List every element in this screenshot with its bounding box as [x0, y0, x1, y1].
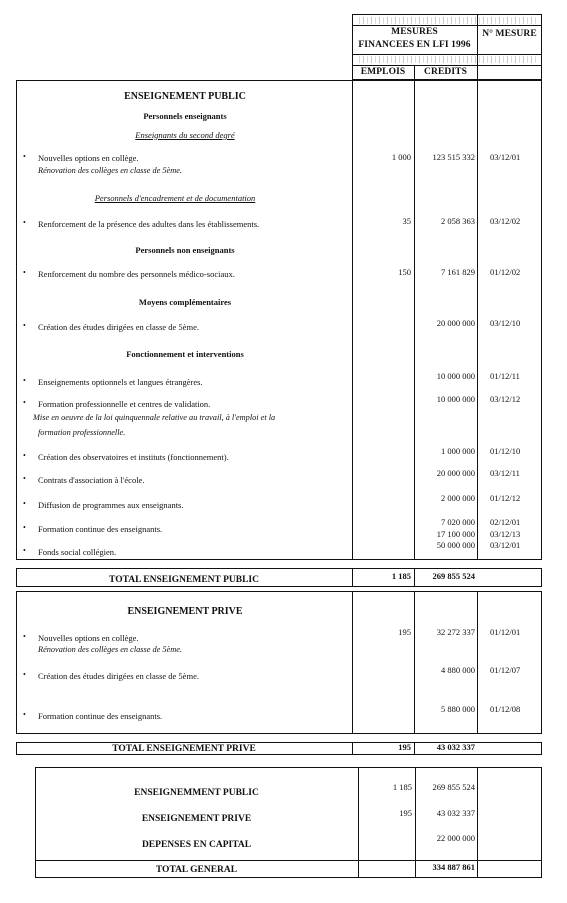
item-label: Création des observatoires et instituts …: [38, 452, 229, 462]
bullet-icon: •: [23, 523, 26, 532]
item-mesure: 01/12/08: [490, 704, 550, 714]
item-mesure: 01/12/10: [490, 446, 550, 456]
item-note: Rénovation des collèges en classe de 5èm…: [38, 645, 182, 654]
header-no-mesure: N° MESURE: [477, 29, 542, 39]
item-mesure: 03/12/13: [490, 529, 550, 539]
total-prive-divider: [352, 742, 353, 755]
header-emplois: EMPLOIS: [352, 67, 414, 77]
item-credits: 50 000 000: [437, 540, 475, 550]
summary-row-label: ENSEIGNEMENT PRIVE: [35, 814, 358, 824]
total-prive-emplois: 195: [398, 742, 411, 752]
item-credits: 20 000 000: [437, 318, 475, 328]
item-credits: 20 000 000: [437, 468, 475, 478]
public-col-mesure: [477, 80, 478, 560]
summary-total-divider: [35, 860, 542, 861]
item-credits: 2 058 363: [441, 216, 475, 226]
bullet-icon: •: [23, 398, 26, 407]
summary-row-credits: 22 000 000: [437, 833, 475, 843]
item-mesure: 03/12/10: [490, 318, 550, 328]
item-label: Contrats d'association à l'école.: [38, 475, 144, 485]
total-general-label: TOTAL GENERAL: [35, 865, 358, 875]
item-credits: 5 880 000: [441, 704, 475, 714]
item-credits: 4 880 000: [441, 665, 475, 675]
bullet-icon: •: [23, 670, 26, 679]
total-prive-label: TOTAL ENSEIGNEMENT PRIVE: [16, 744, 352, 754]
total-public-divider: [414, 568, 415, 587]
total-public-emplois: 1 185: [392, 571, 411, 581]
header-col-divider: [477, 14, 478, 80]
item-credits: 32 272 337: [437, 627, 475, 637]
summary-col-emplois: [358, 767, 359, 878]
item-emplois: 150: [398, 267, 411, 277]
bullet-icon: •: [23, 218, 26, 227]
item-credits: 7 161 829: [441, 267, 475, 277]
summary-row-credits: 43 032 337: [437, 808, 475, 818]
bullet-icon: •: [23, 710, 26, 719]
bullet-icon: •: [23, 546, 26, 555]
item-label: Nouvelles options en collège.: [38, 153, 139, 163]
item-mesure: 01/12/12: [490, 493, 550, 503]
total-public-divider: [352, 568, 353, 587]
group-heading: Enseignants du second degré: [20, 130, 350, 140]
item-mesure: 01/12/07: [490, 665, 550, 675]
item-label: Enseignements optionnels et langues étra…: [38, 377, 203, 387]
bullet-icon: •: [23, 499, 26, 508]
header-noise-top: [356, 17, 538, 24]
summary-col-mesure: [477, 767, 478, 878]
item-mesure: 03/12/11: [490, 468, 550, 478]
item-mesure: 01/12/02: [490, 267, 550, 277]
header-divider-3: [352, 65, 542, 66]
total-public-credits: 269 855 524: [433, 571, 476, 581]
prive-col-emplois: [352, 591, 353, 734]
group-heading: Personnels d'encadrement et de documenta…: [60, 193, 290, 203]
item-emplois: 35: [403, 216, 412, 226]
item-label: Renforcement du nombre des personnels mé…: [38, 269, 235, 279]
summary-row-emplois: 195: [399, 808, 412, 818]
header-mesures: MESURES: [352, 27, 477, 37]
public-col-credits: [414, 80, 415, 560]
prive-col-credits: [414, 591, 415, 734]
summary-row-label: ENSEIGNEMMENT PUBLIC: [35, 788, 358, 798]
bullet-icon: •: [23, 376, 26, 385]
header-noise-mid: [356, 56, 538, 63]
item-credits: 10 000 000: [437, 371, 475, 381]
item-credits: 1 000 000: [441, 446, 475, 456]
item-note: Rénovation des collèges en classe de 5èm…: [38, 166, 182, 175]
total-prive-divider: [414, 742, 415, 755]
bullet-icon: •: [23, 632, 26, 641]
item-mesure: 02/12/01: [490, 517, 550, 527]
item-credits: 10 000 000: [437, 394, 475, 404]
summary-row-label: DEPENSES EN CAPITAL: [35, 840, 358, 850]
summary-col-credits: [415, 767, 416, 878]
prive-title: ENSEIGNEMENT PRIVE: [20, 606, 350, 617]
total-general-credits: 334 887 861: [433, 862, 476, 872]
item-mesure: 03/12/02: [490, 216, 550, 226]
item-credits: 2 000 000: [441, 493, 475, 503]
item-mesure: 03/12/12: [490, 394, 550, 404]
item-label: Renforcement de la présence des adultes …: [38, 219, 259, 229]
group-heading: Moyens complémentaires: [20, 297, 350, 307]
bullet-icon: •: [23, 321, 26, 330]
public-col-emplois: [352, 80, 353, 560]
item-credits: 123 515 332: [433, 152, 476, 162]
header-divider-1: [352, 25, 542, 26]
item-mesure: 01/12/11: [490, 371, 550, 381]
header-divider-2: [352, 54, 542, 55]
summary-row-emplois: 1 185: [393, 782, 412, 792]
item-label: Diffusion de programmes aux enseignants.: [38, 500, 184, 510]
bullet-icon: •: [23, 152, 26, 161]
item-emplois: 1 000: [392, 152, 411, 162]
item-credits: 7 020 000: [441, 517, 475, 527]
group-heading: Personnels non enseignants: [20, 245, 350, 255]
total-prive-credits: 43 032 337: [437, 742, 475, 752]
item-label: Fonds social collégien.: [38, 547, 116, 557]
prive-col-mesure: [477, 591, 478, 734]
header-financees: FINANCEES EN LFI 1996: [352, 40, 477, 50]
group-heading: Fonctionnement et interventions: [20, 349, 350, 359]
item-note: formation professionnelle.: [38, 428, 125, 437]
header-credits: CREDITS: [414, 67, 477, 77]
item-label: Formation continue des enseignants.: [38, 524, 162, 534]
item-credits: 17 100 000: [437, 529, 475, 539]
item-label: Création des études dirigées en classe d…: [38, 671, 199, 681]
item-label: Nouvelles options en collège.: [38, 633, 139, 643]
bullet-icon: •: [23, 268, 26, 277]
item-label: Création des études dirigées en classe d…: [38, 322, 199, 332]
item-mesure: 03/12/01: [490, 540, 550, 550]
bullet-icon: •: [23, 474, 26, 483]
item-emplois: 195: [398, 627, 411, 637]
item-label: Formation continue des enseignants.: [38, 711, 162, 721]
group-heading: Personnels enseignants: [20, 111, 350, 121]
total-public-label: TOTAL ENSEIGNEMENT PUBLIC: [16, 575, 352, 585]
summary-row-credits: 269 855 524: [433, 782, 476, 792]
item-note: Mise en oeuvre de la loi quinquennale re…: [33, 413, 275, 422]
bullet-icon: •: [23, 451, 26, 460]
public-title: ENSEIGNEMENT PUBLIC: [20, 91, 350, 102]
item-mesure: 03/12/01: [490, 152, 550, 162]
item-label: Formation professionnelle et centres de …: [38, 399, 210, 409]
item-mesure: 01/12/01: [490, 627, 550, 637]
